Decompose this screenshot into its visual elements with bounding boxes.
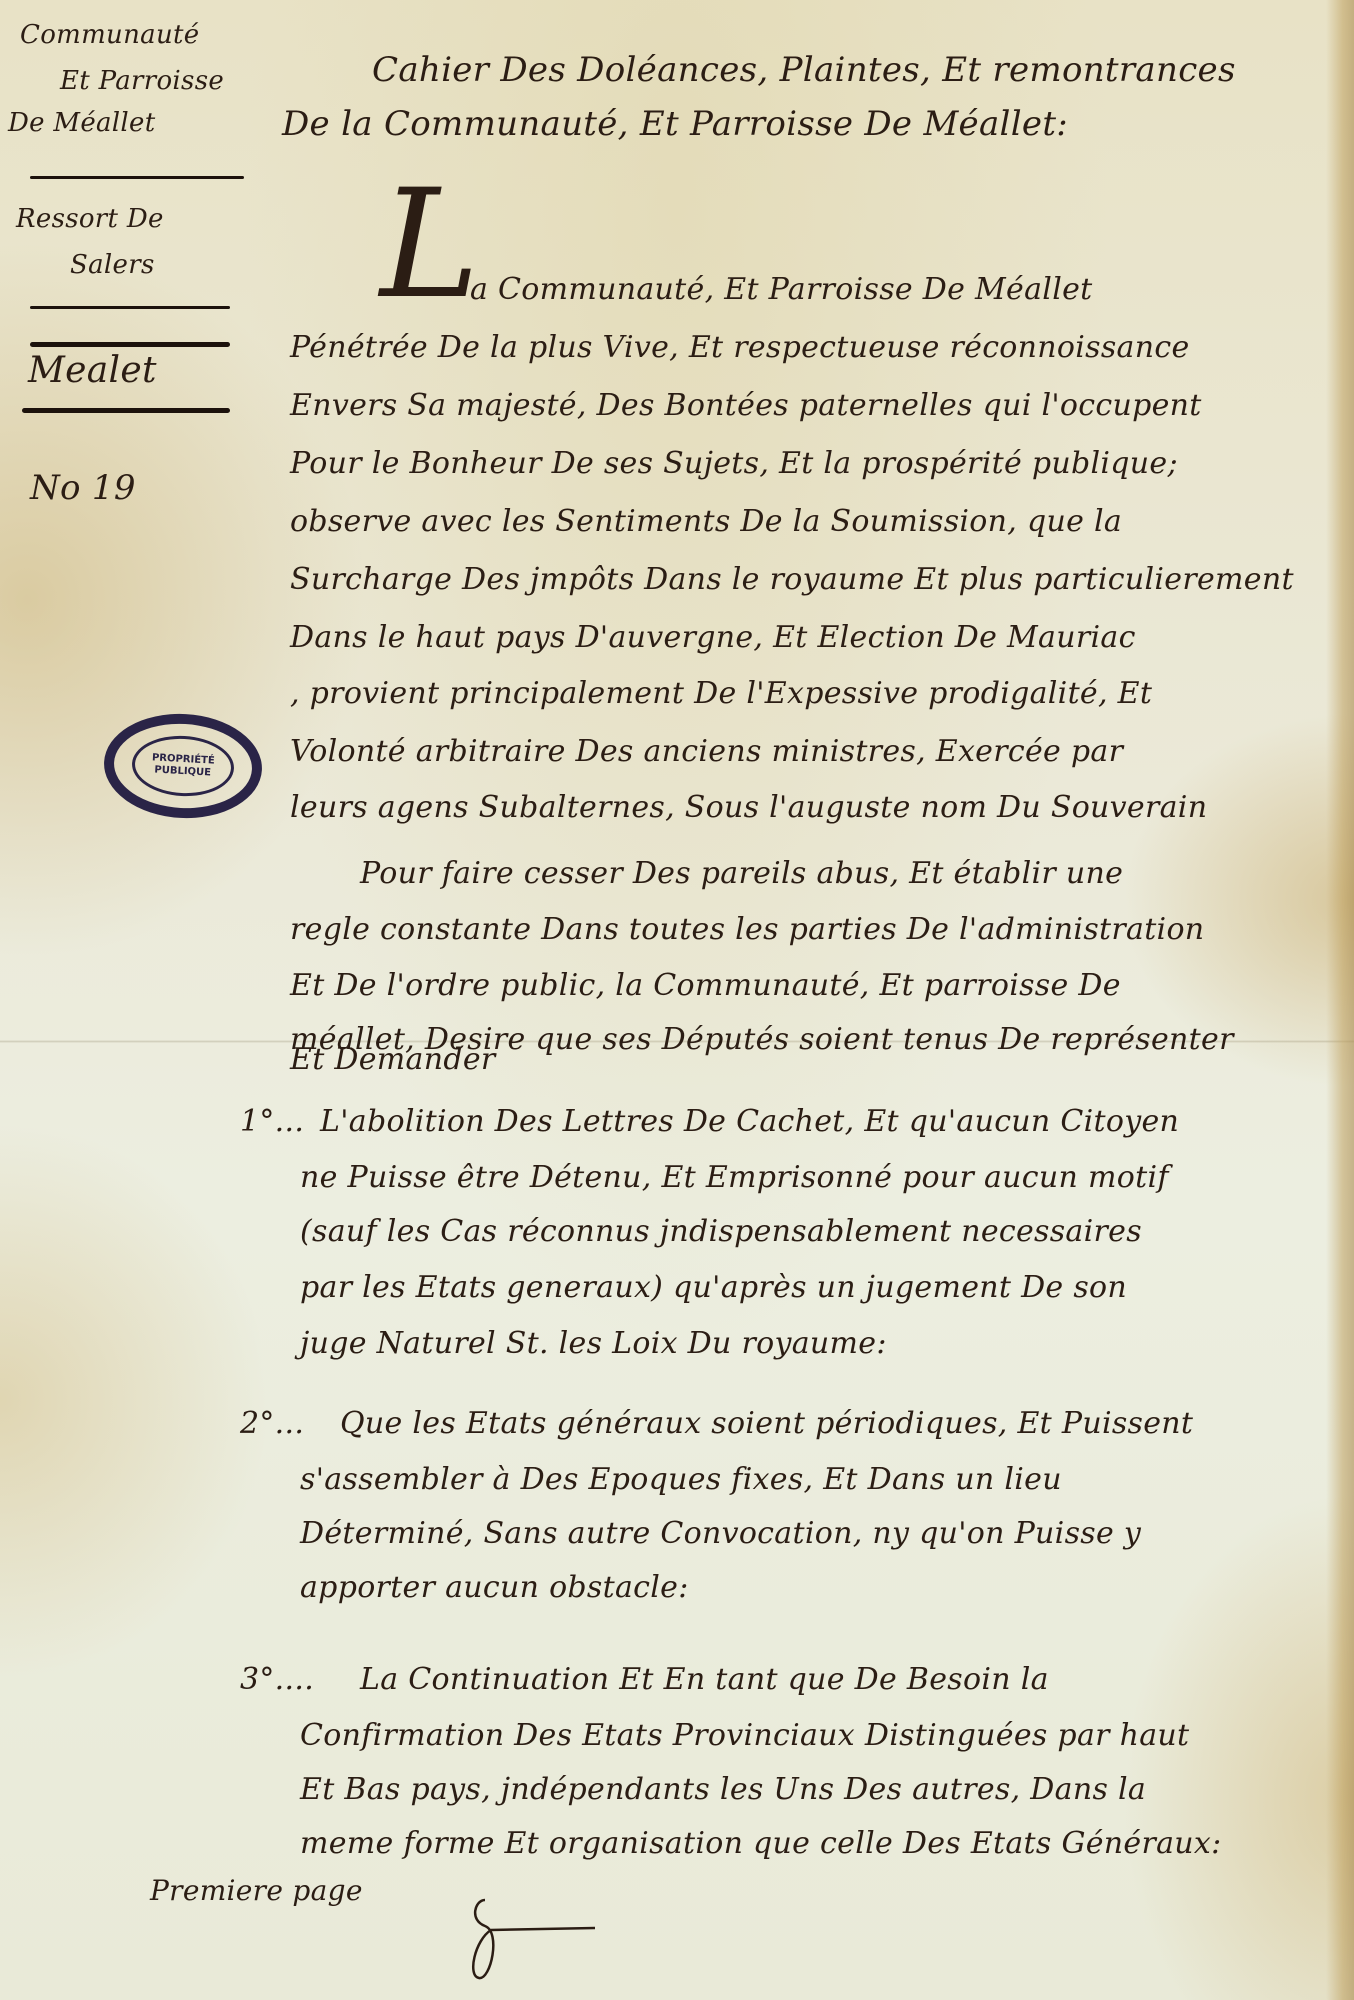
- margin-heading-line-1: Communauté: [20, 20, 199, 50]
- paper-edge-stain: [1326, 0, 1354, 2000]
- article-number: 3°....: [240, 1662, 314, 1697]
- intro-line: Dans le haut pays D'auvergne, Et Electio…: [290, 620, 1136, 655]
- article-1-line: juge Naturel St. les Loix Du royaume:: [300, 1326, 887, 1361]
- intro-line: Pénétrée De la plus Vive, Et respectueus…: [290, 330, 1190, 365]
- article-3-line: meme forme Et organisation que celle Des…: [300, 1826, 1222, 1861]
- margin-locality: Mealet: [28, 350, 157, 391]
- intro-line: a Communauté, Et Parroisse De Méallet: [470, 272, 1093, 307]
- margin-heading-line-2: Et Parroisse: [60, 66, 224, 96]
- article-1-line: ne Puisse être Détenu, Et Emprisonné pou…: [300, 1160, 1169, 1195]
- intro-line: Pour le Bonheur De ses Sujets, Et la pro…: [290, 446, 1178, 481]
- margin-heading-line-3: De Méallet: [8, 108, 155, 138]
- intro-line: leurs agens Subalternes, Sous l'auguste …: [290, 790, 1207, 825]
- intro-line: , provient principalement De l'Expessive…: [290, 676, 1152, 711]
- article-2-line: Que les Etats généraux soient périodique…: [340, 1406, 1193, 1441]
- article-1-line: (sauf les Cas réconnus jndispensablement…: [300, 1214, 1142, 1249]
- article-3-line: Et Bas pays, jndépendants les Uns Des au…: [300, 1772, 1146, 1807]
- paragraph-2-line: regle constante Dans toutes les parties …: [290, 912, 1204, 947]
- article-number: 2°...: [240, 1406, 304, 1441]
- article-3-line: La Continuation Et En tant que De Besoin…: [360, 1662, 1049, 1697]
- manuscript-page: Communauté Et Parroisse De Méallet Resso…: [0, 0, 1354, 2000]
- margin-divider-2: [30, 306, 230, 309]
- paragraph-2-line: Et De l'ordre public, la Communauté, Et …: [290, 968, 1121, 1003]
- intro-line: Surcharge Des jmpôts Dans le royaume Et …: [290, 562, 1294, 597]
- intro-line: Volonté arbitraire Des anciens ministres…: [290, 734, 1123, 769]
- stamp-text-line-2: PUBLIQUE: [154, 765, 211, 780]
- margin-divider-4: [22, 408, 230, 413]
- archive-stamp: PROPRIÉTÉ PUBLIQUE: [101, 710, 264, 822]
- article-1-line: L'abolition Des Lettres De Cachet, Et qu…: [320, 1104, 1179, 1139]
- article-2-line: apporter aucun obstacle:: [300, 1570, 689, 1605]
- archive-stamp-inner: PROPRIÉTÉ PUBLIQUE: [130, 733, 235, 798]
- margin-divider-3: [30, 342, 230, 347]
- intro-line: Envers Sa majesté, Des Bontées paternell…: [290, 388, 1202, 423]
- margin-number: No 19: [30, 468, 136, 508]
- article-number: 1°...: [240, 1104, 304, 1139]
- drop-cap-letter: L: [380, 170, 480, 320]
- margin-divider-1: [30, 176, 244, 179]
- paragraph-2-line: Et Demander: [290, 1042, 496, 1077]
- margin-ressort-line-1: Ressort De: [16, 204, 164, 234]
- article-2-line: s'assembler à Des Epoques fixes, Et Dans…: [300, 1462, 1062, 1497]
- paraph-flourish-icon: [455, 1890, 595, 1990]
- article-1-line: par les Etats generaux) qu'après un juge…: [300, 1270, 1127, 1305]
- article-2-line: Déterminé, Sans autre Convocation, ny qu…: [300, 1516, 1141, 1551]
- intro-line: observe avec les Sentiments De la Soumis…: [290, 504, 1122, 539]
- title-line-2: De la Communauté, Et Parroisse De Méalle…: [282, 104, 1068, 144]
- article-3-line: Confirmation Des Etats Provinciaux Disti…: [300, 1718, 1189, 1753]
- margin-ressort-line-2: Salers: [70, 250, 155, 280]
- title-line-1: Cahier Des Doléances, Plaintes, Et remon…: [372, 50, 1236, 90]
- page-label: Premiere page: [150, 1874, 363, 1907]
- paragraph-2-line: Pour faire cesser Des pareils abus, Et é…: [360, 856, 1123, 891]
